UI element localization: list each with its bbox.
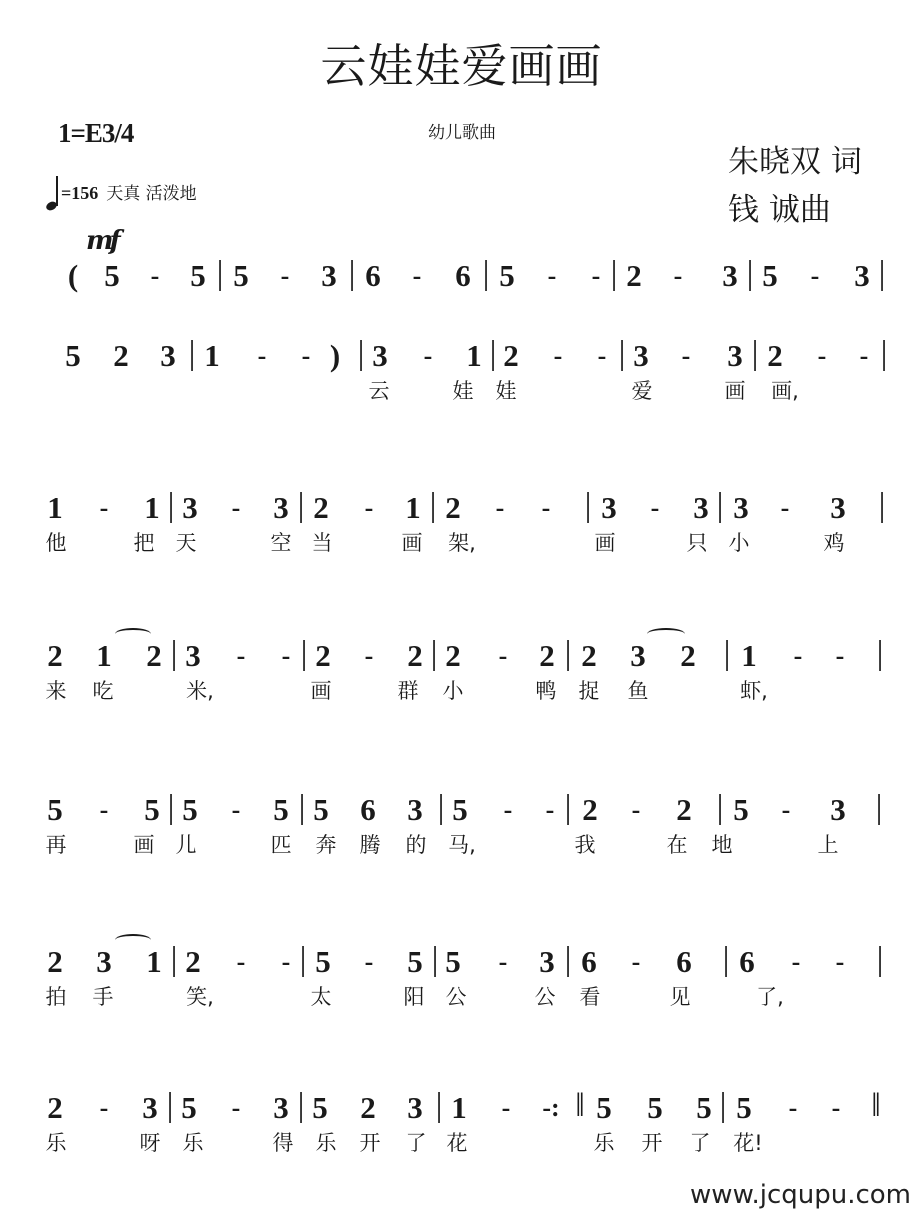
- lyrics-line: 他把天空当画架,画只小鸡: [0, 528, 923, 558]
- lyric-syllable: 架,: [448, 528, 476, 558]
- note: 5: [407, 942, 423, 982]
- extension-dash: -: [100, 790, 109, 830]
- lyric-syllable: 空: [271, 528, 292, 558]
- note: 3: [273, 488, 289, 528]
- song-genre: 幼儿歌曲: [428, 118, 496, 143]
- extension-dash: -: [836, 942, 845, 982]
- lyric-syllable: 手: [93, 982, 114, 1012]
- note: 3: [733, 488, 749, 528]
- notes-line: 212|3--|2-2|2-2|232|1--|: [0, 636, 923, 676]
- lyric-syllable: 上: [818, 830, 839, 860]
- note: 2: [445, 488, 461, 528]
- notes-line: 5-5|5-5|563|5--|2-2|5-3|: [0, 790, 923, 830]
- extension-dash: -: [794, 636, 803, 676]
- note: 3: [539, 942, 555, 982]
- lyric-syllable: 了: [406, 1128, 427, 1158]
- note: 1: [466, 336, 482, 376]
- note: 5: [104, 256, 120, 296]
- lyric-syllable: 小: [729, 528, 750, 558]
- extension-dash: -: [424, 336, 433, 376]
- lyric-syllable: 天: [176, 528, 197, 558]
- lyric-syllable: 笑,: [186, 982, 214, 1012]
- extension-dash: -: [237, 636, 246, 676]
- note: (: [68, 256, 78, 296]
- barline: |: [299, 788, 306, 828]
- note: ): [330, 336, 340, 376]
- tie-arc: [647, 628, 685, 640]
- barline: |: [298, 1086, 305, 1126]
- staff-row: (5-5|5-3|6-6|5--|2-3|5-3|: [0, 256, 923, 326]
- lyric-syllable: 看: [580, 982, 601, 1012]
- tie-arc: [115, 934, 151, 946]
- lyrics-line: 云娃娃爱画画,: [0, 376, 923, 406]
- extension-dash: -: [674, 256, 683, 296]
- lyric-syllable: 捉: [579, 676, 600, 706]
- note: 2: [680, 636, 696, 676]
- lyric-syllable: 公: [535, 982, 556, 1012]
- dynamic-marking: mf: [86, 226, 117, 256]
- note: 5: [47, 790, 63, 830]
- note: 2: [47, 942, 63, 982]
- barline: |: [168, 788, 175, 828]
- note: 2: [539, 636, 555, 676]
- extension-dash: -: [592, 256, 601, 296]
- lyric-syllable: 来: [46, 676, 67, 706]
- barline: |: [619, 334, 626, 374]
- lyric-syllable: 小: [443, 676, 464, 706]
- note: 3: [407, 1088, 423, 1128]
- barline: |: [879, 486, 886, 526]
- extension-dash: -: [237, 942, 246, 982]
- lyric-syllable: 画,: [771, 376, 799, 406]
- extension-dash: -: [232, 1088, 241, 1128]
- lyric-syllable: 画: [595, 528, 616, 558]
- note: 5: [647, 1088, 663, 1128]
- lyric-syllable: 鸭: [536, 676, 557, 706]
- note: 5: [312, 1088, 328, 1128]
- extension-dash: -:: [542, 1088, 559, 1128]
- note: 6: [739, 942, 755, 982]
- note: 6: [365, 256, 381, 296]
- extension-dash: -: [632, 942, 641, 982]
- quarter-note-icon: [45, 176, 61, 216]
- extension-dash: -: [504, 790, 513, 830]
- extension-dash: -: [682, 336, 691, 376]
- lyric-syllable: 乐: [316, 1128, 337, 1158]
- note: 5: [313, 790, 329, 830]
- lyrics-line: 来吃米,画群小鸭捉鱼虾,: [0, 676, 923, 706]
- note: 3: [185, 636, 201, 676]
- tempo-marking: =156 天真 活泼地: [45, 176, 197, 216]
- barline: |: [877, 940, 884, 980]
- note: 5: [144, 790, 160, 830]
- lyric-syllable: 花!: [733, 1128, 762, 1158]
- extension-dash: -: [302, 336, 311, 376]
- note: 3: [96, 942, 112, 982]
- lyric-syllable: 了: [690, 1128, 711, 1158]
- note: 5: [596, 1088, 612, 1128]
- barline: |: [349, 254, 356, 294]
- extension-dash: -: [781, 488, 790, 528]
- note: 5: [233, 256, 249, 296]
- lyric-syllable: 云: [369, 376, 390, 406]
- lyric-syllable: 的: [406, 830, 427, 860]
- extension-dash: -: [499, 636, 508, 676]
- barline: |: [585, 486, 592, 526]
- lyric-syllable: 儿: [176, 830, 197, 860]
- extension-dash: -: [548, 256, 557, 296]
- notes-line: 523|1--)|3-1|2--|3-3|2--|: [0, 336, 923, 376]
- lyric-syllable: 乐: [46, 1128, 67, 1158]
- lyric-syllable: 乐: [183, 1128, 204, 1158]
- note: 2: [503, 336, 519, 376]
- lyric-syllable: 乐: [594, 1128, 615, 1158]
- extension-dash: -: [792, 942, 801, 982]
- extension-dash: -: [651, 488, 660, 528]
- lyric-syllable: 地: [712, 830, 733, 860]
- note: 5: [315, 942, 331, 982]
- barline: ‖: [575, 1086, 585, 1126]
- barline: |: [724, 634, 731, 674]
- note: 6: [360, 790, 376, 830]
- note: 5: [733, 790, 749, 830]
- notes-line: 2-3|5-3|523|1--:‖555|5--‖: [0, 1088, 923, 1128]
- note: 5: [190, 256, 206, 296]
- note: 2: [407, 636, 423, 676]
- note: 5: [696, 1088, 712, 1128]
- barline: ‖: [871, 1086, 881, 1126]
- lyric-syllable: 米,: [186, 676, 214, 706]
- note: 2: [47, 636, 63, 676]
- extension-dash: -: [554, 336, 563, 376]
- note: 6: [676, 942, 692, 982]
- note: 2: [146, 636, 162, 676]
- staff-row: 523|1--)|3-1|2--|3-3|2--|云娃娃爱画画,: [0, 336, 923, 406]
- note: 2: [113, 336, 129, 376]
- lyric-syllable: 画: [725, 376, 746, 406]
- staff-row: 2-3|5-3|523|1--:‖555|5--‖乐呀乐得乐开了花乐开了花!: [0, 1088, 923, 1158]
- extension-dash: -: [499, 942, 508, 982]
- barline: |: [436, 1086, 443, 1126]
- extension-dash: -: [100, 1088, 109, 1128]
- barline: |: [171, 940, 178, 980]
- lyric-syllable: 奔: [316, 830, 337, 860]
- note: 5: [65, 336, 81, 376]
- barline: |: [217, 254, 224, 294]
- lyric-syllable: 在: [667, 830, 688, 860]
- note: 3: [830, 488, 846, 528]
- note: 5: [273, 790, 289, 830]
- note: 6: [455, 256, 471, 296]
- lyrics-line: 乐呀乐得乐开了花乐开了花!: [0, 1128, 923, 1158]
- note: 3: [693, 488, 709, 528]
- barline: |: [168, 486, 175, 526]
- note: 5: [181, 1088, 197, 1128]
- note: 2: [313, 488, 329, 528]
- lyric-syllable: 阳: [404, 982, 425, 1012]
- note: 5: [762, 256, 778, 296]
- expression-marking: 天真 活泼地: [106, 179, 196, 204]
- song-title: 云娃娃爱画画: [0, 30, 923, 96]
- barline: |: [752, 334, 759, 374]
- lyric-syllable: 见: [670, 982, 691, 1012]
- note: 1: [451, 1088, 467, 1128]
- lyric-syllable: 匹: [271, 830, 292, 860]
- barline: |: [611, 254, 618, 294]
- note: 5: [452, 790, 468, 830]
- lyric-syllable: 爱: [632, 376, 653, 406]
- barline: |: [358, 334, 365, 374]
- note: 3: [182, 488, 198, 528]
- extension-dash: -: [811, 256, 820, 296]
- lyrics-line: 拍手笑,太阳公公看见了,: [0, 982, 923, 1012]
- note: 3: [722, 256, 738, 296]
- extension-dash: -: [632, 790, 641, 830]
- note: 3: [727, 336, 743, 376]
- notes-line: (5-5|5-3|6-6|5--|2-3|5-3|: [0, 256, 923, 296]
- note: 1: [405, 488, 421, 528]
- barline: |: [717, 486, 724, 526]
- extension-dash: -: [860, 336, 869, 376]
- note: 2: [767, 336, 783, 376]
- notes-line: 1-1|3-3|2-1|2--|3-3|3-3|: [0, 488, 923, 528]
- extension-dash: -: [542, 488, 551, 528]
- note: 5: [445, 942, 461, 982]
- note: 2: [581, 636, 597, 676]
- extension-dash: -: [365, 636, 374, 676]
- lyric-syllable: 画: [402, 528, 423, 558]
- extension-dash: -: [151, 256, 160, 296]
- lyric-syllable: 虾,: [740, 676, 768, 706]
- note: 5: [182, 790, 198, 830]
- extension-dash: -: [281, 256, 290, 296]
- note: 5: [736, 1088, 752, 1128]
- barline: |: [430, 486, 437, 526]
- note: 5: [499, 256, 515, 296]
- barline: |: [298, 486, 305, 526]
- extension-dash: -: [496, 488, 505, 528]
- barline: |: [876, 788, 883, 828]
- tempo-bpm: =156: [61, 183, 98, 204]
- staff-row: 5-5|5-5|563|5--|2-2|5-3|再画儿匹奔腾的马,我在地上: [0, 790, 923, 860]
- extension-dash: -: [832, 1088, 841, 1128]
- barline: |: [720, 1086, 727, 1126]
- barline: |: [438, 788, 445, 828]
- note: 3: [854, 256, 870, 296]
- lyric-syllable: 太: [311, 982, 332, 1012]
- note: 3: [830, 790, 846, 830]
- lyric-syllable: 吃: [93, 676, 114, 706]
- lyric-syllable: 群: [398, 676, 419, 706]
- composer-credit: 钱 诚曲: [728, 184, 831, 229]
- staff-row: 212|3--|2-2|2-2|232|1--|来吃米,画群小鸭捉鱼虾,: [0, 636, 923, 706]
- extension-dash: -: [282, 636, 291, 676]
- note: 1: [204, 336, 220, 376]
- lyric-syllable: 娃: [496, 376, 517, 406]
- barline: |: [167, 1086, 174, 1126]
- note: 2: [47, 1088, 63, 1128]
- note: 3: [321, 256, 337, 296]
- barline: |: [432, 940, 439, 980]
- note: 2: [582, 790, 598, 830]
- extension-dash: -: [232, 488, 241, 528]
- tie-arc: [115, 628, 151, 640]
- extension-dash: -: [282, 942, 291, 982]
- barline: |: [879, 254, 886, 294]
- lyric-syllable: 花: [447, 1128, 468, 1158]
- barline: |: [881, 334, 888, 374]
- lyric-syllable: 了,: [756, 982, 784, 1012]
- barline: |: [565, 940, 572, 980]
- barline: |: [565, 788, 572, 828]
- lyric-syllable: 我: [575, 830, 596, 860]
- barline: |: [171, 634, 178, 674]
- extension-dash: -: [100, 488, 109, 528]
- extension-dash: -: [365, 488, 374, 528]
- lyric-syllable: 画: [134, 830, 155, 860]
- note: 1: [96, 636, 112, 676]
- extension-dash: -: [836, 636, 845, 676]
- note: 3: [372, 336, 388, 376]
- note: 2: [185, 942, 201, 982]
- lyric-syllable: 鸡: [824, 528, 845, 558]
- extension-dash: -: [546, 790, 555, 830]
- note: 3: [630, 636, 646, 676]
- lyric-syllable: 把: [134, 528, 155, 558]
- barline: |: [189, 334, 196, 374]
- lyric-syllable: 腾: [360, 830, 381, 860]
- extension-dash: -: [782, 790, 791, 830]
- lyricist-credit: 朱晓双 词: [728, 136, 862, 181]
- extension-dash: -: [789, 1088, 798, 1128]
- extension-dash: -: [598, 336, 607, 376]
- barline: |: [877, 634, 884, 674]
- key-signature: 1=E3/4: [58, 118, 133, 149]
- notes-line: 231|2--|5-5|5-3|6-6|6--|: [0, 942, 923, 982]
- note: 3: [601, 488, 617, 528]
- barline: |: [301, 634, 308, 674]
- barline: |: [483, 254, 490, 294]
- note: 2: [626, 256, 642, 296]
- staff-row: 231|2--|5-5|5-3|6-6|6--|拍手笑,太阳公公看见了,: [0, 942, 923, 1012]
- watermark: www.jcqupu.com: [690, 1180, 911, 1210]
- note: 1: [47, 488, 63, 528]
- lyric-syllable: 只: [687, 528, 708, 558]
- note: 3: [407, 790, 423, 830]
- barline: |: [431, 634, 438, 674]
- note: 2: [360, 1088, 376, 1128]
- staff-row: 1-1|3-3|2-1|2--|3-3|3-3|他把天空当画架,画只小鸡: [0, 488, 923, 558]
- lyric-syllable: 开: [642, 1128, 663, 1158]
- barline: |: [565, 634, 572, 674]
- lyrics-line: [0, 296, 923, 326]
- lyric-syllable: 画: [311, 676, 332, 706]
- lyric-syllable: 鱼: [628, 676, 649, 706]
- barline: |: [723, 940, 730, 980]
- note: 3: [633, 336, 649, 376]
- extension-dash: -: [258, 336, 267, 376]
- barline: |: [747, 254, 754, 294]
- note: 1: [741, 636, 757, 676]
- extension-dash: -: [365, 942, 374, 982]
- note: 2: [676, 790, 692, 830]
- lyric-syllable: 开: [360, 1128, 381, 1158]
- note: 6: [581, 942, 597, 982]
- lyric-syllable: 得: [273, 1128, 294, 1158]
- lyric-syllable: 马,: [448, 830, 476, 860]
- note: 1: [144, 488, 160, 528]
- lyric-syllable: 再: [46, 830, 67, 860]
- note: 3: [160, 336, 176, 376]
- lyric-syllable: 当: [312, 528, 333, 558]
- extension-dash: -: [818, 336, 827, 376]
- barline: |: [717, 788, 724, 828]
- barline: |: [300, 940, 307, 980]
- note: 1: [146, 942, 162, 982]
- lyric-syllable: 呀: [140, 1128, 161, 1158]
- extension-dash: -: [413, 256, 422, 296]
- lyric-syllable: 公: [446, 982, 467, 1012]
- lyric-syllable: 娃: [453, 376, 474, 406]
- extension-dash: -: [232, 790, 241, 830]
- barline: |: [490, 334, 497, 374]
- note: 2: [445, 636, 461, 676]
- extension-dash: -: [502, 1088, 511, 1128]
- lyric-syllable: 他: [46, 528, 67, 558]
- note: 3: [273, 1088, 289, 1128]
- lyric-syllable: 拍: [46, 982, 67, 1012]
- note: 3: [142, 1088, 158, 1128]
- lyrics-line: 再画儿匹奔腾的马,我在地上: [0, 830, 923, 860]
- note: 2: [315, 636, 331, 676]
